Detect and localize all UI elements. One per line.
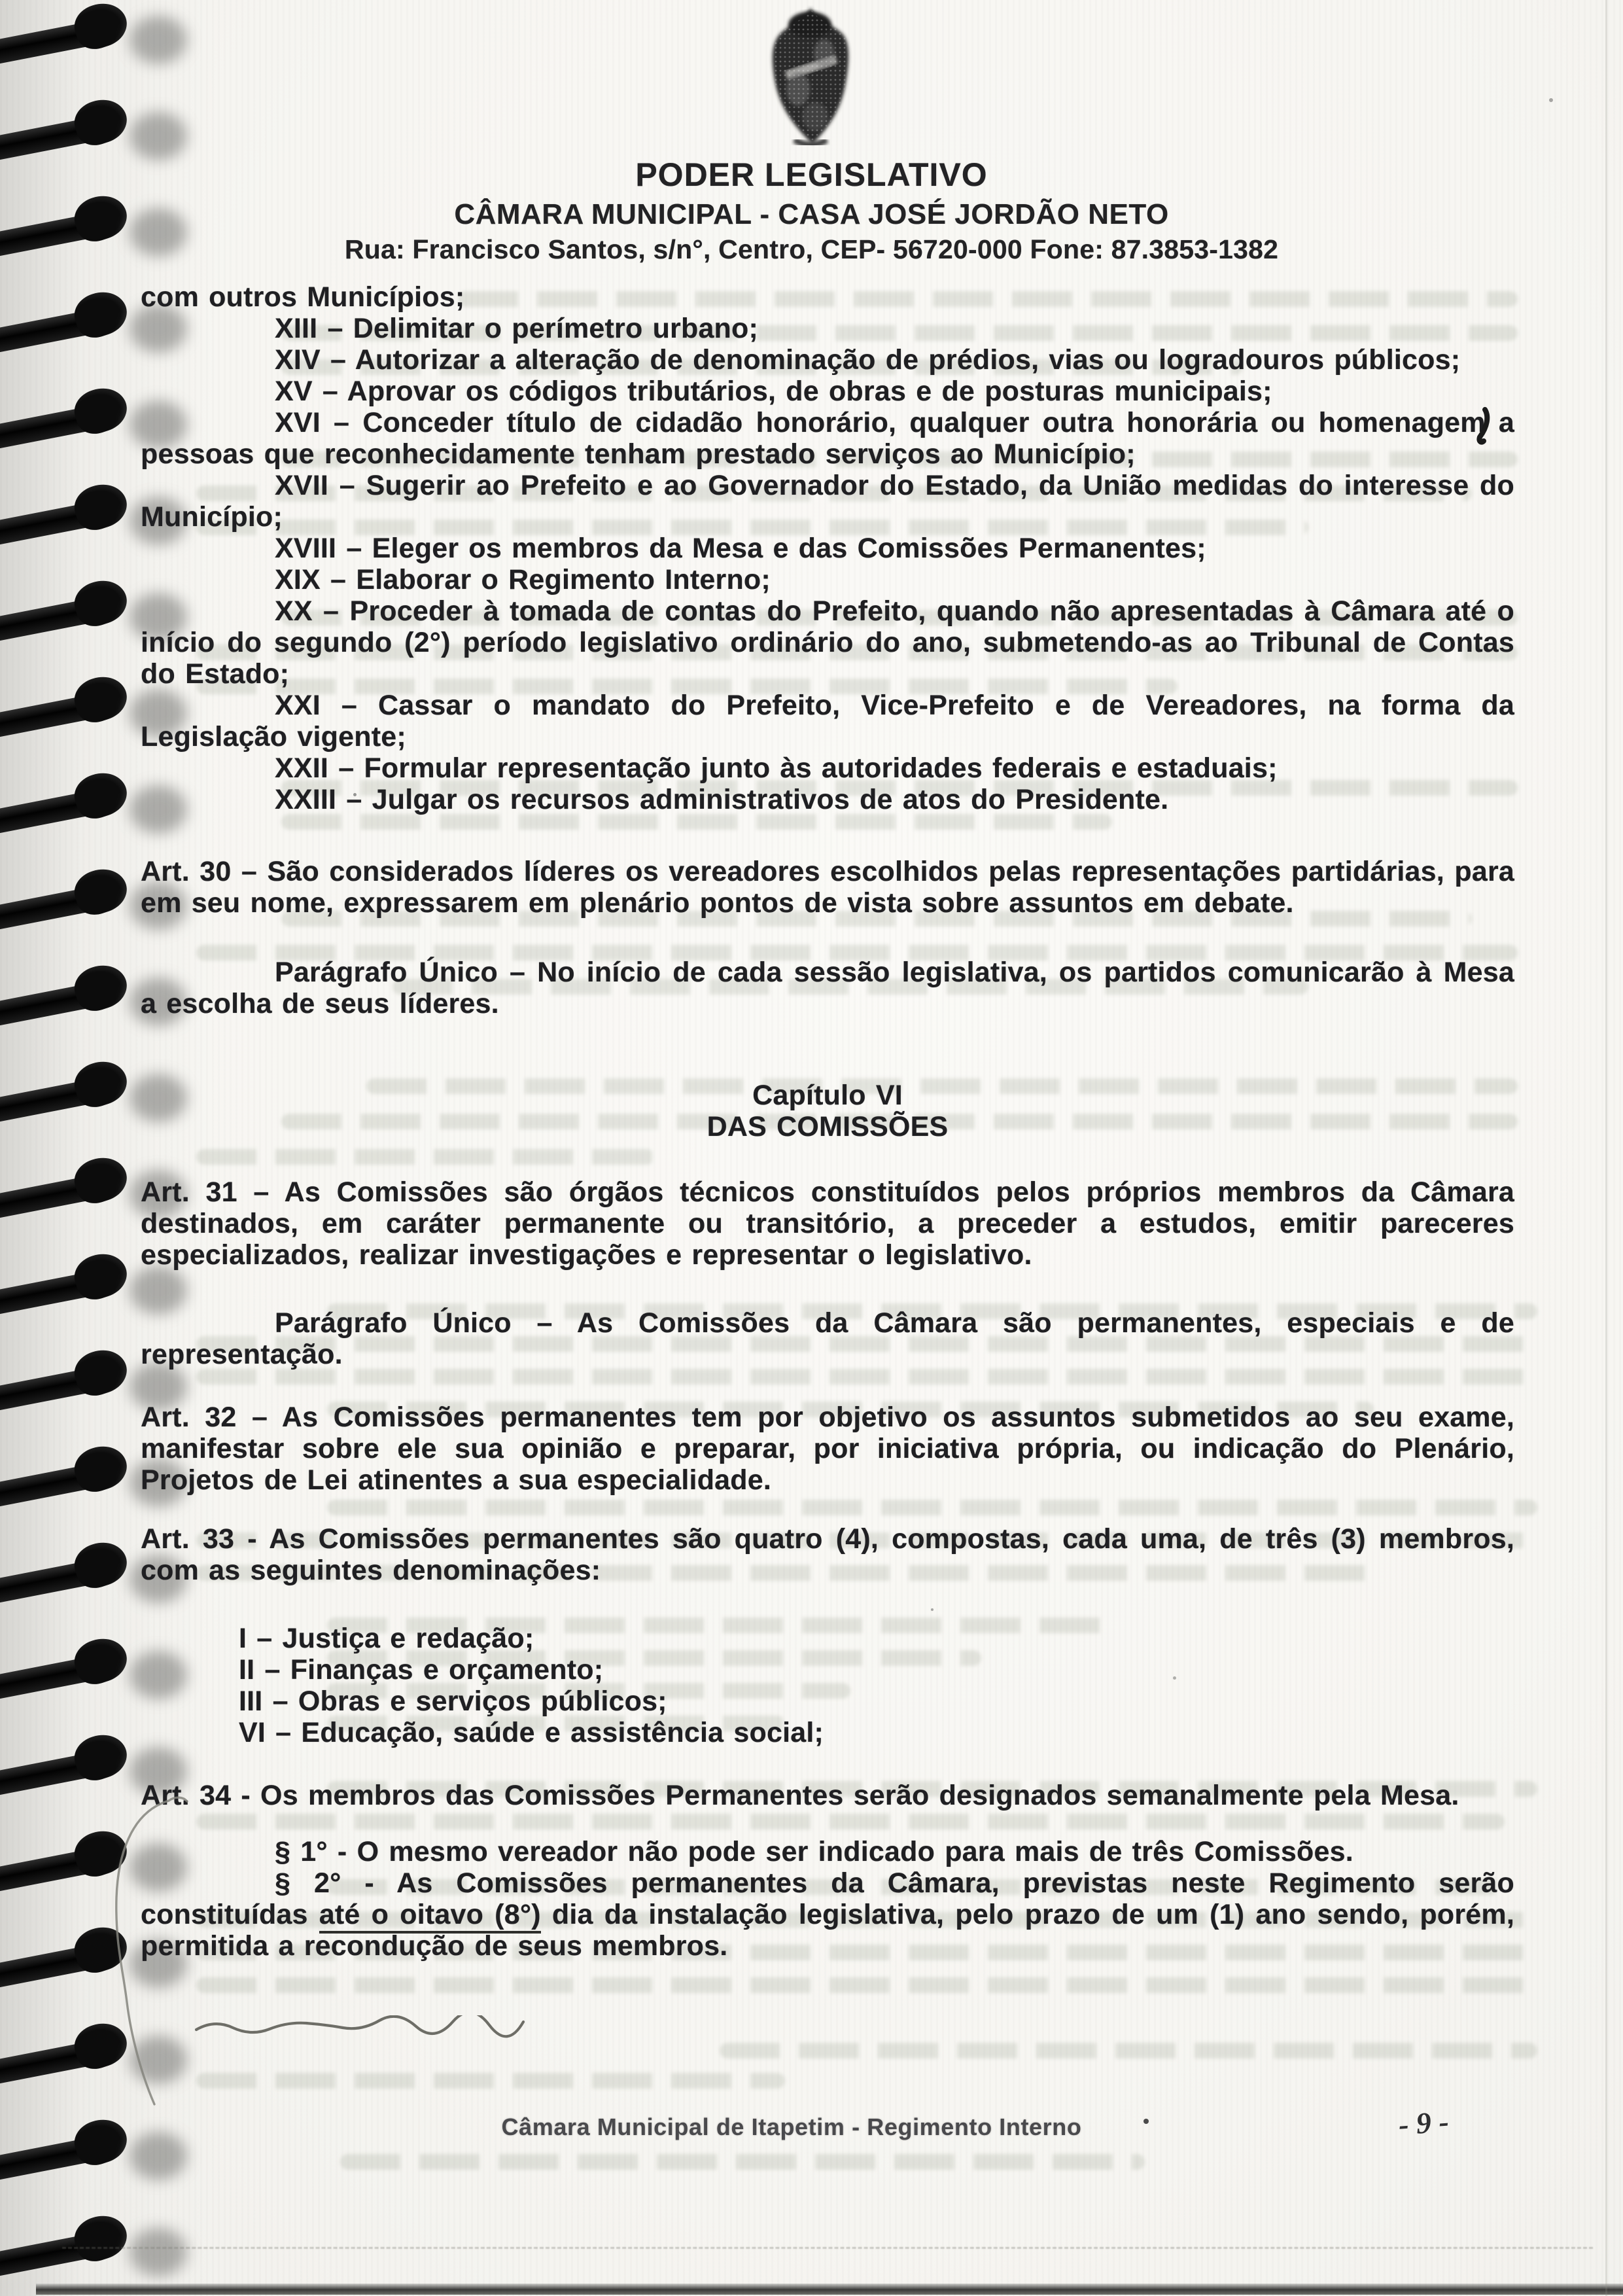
paragraph: Parágrafo Único – No início de cada sess… [141, 957, 1514, 1019]
bleedthrough-line [720, 2043, 1537, 2058]
letterhead: PODER LEGISLATIVO CÂMARA MUNICIPAL - CAS… [0, 156, 1623, 265]
paragraph: Art. 31 – As Comissões são órgãos técnic… [141, 1176, 1514, 1271]
inked-underline: até o oitavo (8°) [319, 1899, 541, 1934]
coil-loop [0, 0, 207, 77]
list-item: VI – Educação, saúde e assistência socia… [141, 1717, 1514, 1748]
coat-of-arms-logo [747, 5, 871, 154]
org-address: Rua: Francisco Santos, s/n°, Centro, CEP… [0, 234, 1623, 265]
dust-speck [353, 793, 357, 796]
coil-loop [0, 2211, 207, 2289]
dust-speck [931, 1608, 934, 1611]
list-item: III – Obras e serviços públicos; [141, 1686, 1514, 1717]
paragraph: XIX – Elaborar o Regimento Interno; [141, 564, 1514, 595]
paragraph: Art. 30 – São considerados líderes os ve… [141, 856, 1514, 919]
footer-doc-title: Câmara Municipal de Itapetim - Regimento… [480, 2113, 1104, 2141]
chapter-heading: Capítulo VI [141, 1080, 1514, 1111]
list-item: II – Finanças e orçamento; [141, 1654, 1514, 1686]
paragraph: XVII – Sugerir ao Prefeito e ao Governad… [141, 470, 1514, 533]
pencil-margin-bracket [98, 1792, 209, 2122]
paragraph: XIV – Autorizar a alteração de denominaç… [141, 344, 1514, 376]
paragraph: XX – Proceder à tomada de contas do Pref… [141, 595, 1514, 690]
paragraph: XXI – Cassar o mandato do Prefeito, Vice… [141, 690, 1514, 752]
list-item: I – Justiça e redação; [141, 1623, 1514, 1654]
paragraph: Parágrafo Único – As Comissões da Câmara… [141, 1307, 1514, 1370]
paragraph: § 2° - As Comissões permanentes da Câmar… [141, 1867, 1514, 1962]
scanned-document-page: PODER LEGISLATIVO CÂMARA MUNICIPAL - CAS… [0, 0, 1623, 2296]
paragraph: Art. 33 - As Comissões permanentes são q… [141, 1523, 1514, 1586]
scan-fold-line [62, 2247, 1593, 2249]
coil-loop [0, 2115, 207, 2193]
paragraph: Art. 32 – As Comissões permanentes tem p… [141, 1402, 1514, 1496]
wavy-underline-mark [193, 2015, 559, 2045]
paragraph: Art. 34 - Os membros das Comissões Perma… [141, 1780, 1514, 1811]
handwritten-tick-mark [1473, 407, 1495, 452]
paragraph: com outros Municípios; [141, 281, 1514, 313]
paragraph: XVI – Conceder título de cidadão honorár… [141, 407, 1514, 470]
paragraph: XIII – Delimitar o perímetro urbano; [141, 313, 1514, 344]
org-name: CÂMARA MUNICIPAL - CASA JOSÉ JORDÃO NETO [0, 198, 1623, 231]
bleedthrough-line [340, 2154, 1145, 2170]
bottom-scan-edge [36, 2284, 1623, 2295]
paragraph: § 1° - O mesmo vereador não pode ser ind… [141, 1836, 1514, 1867]
bleedthrough-line [196, 2073, 785, 2089]
org-branch-title: PODER LEGISLATIVO [0, 156, 1623, 194]
paragraph: XVIII – Eleger os membros da Mesa e das … [141, 533, 1514, 564]
page-number: - 9 - [1397, 2104, 1450, 2142]
footer-dot-speck [1143, 2119, 1149, 2124]
right-scan-line [1605, 0, 1607, 2296]
paragraph: XV – Aprovar os códigos tributários, de … [141, 376, 1514, 407]
dust-speck [1173, 1676, 1176, 1680]
paragraph: XXII – Formular representação junto às a… [141, 752, 1514, 784]
paragraph: XXIII – Julgar os recursos administrativ… [141, 784, 1514, 815]
bleedthrough-line [196, 1977, 1537, 1993]
document-body: com outros Municípios;XIII – Delimitar o… [141, 281, 1514, 1962]
chapter-subheading: DAS COMISSÕES [141, 1111, 1514, 1142]
dust-speck [1549, 98, 1553, 102]
